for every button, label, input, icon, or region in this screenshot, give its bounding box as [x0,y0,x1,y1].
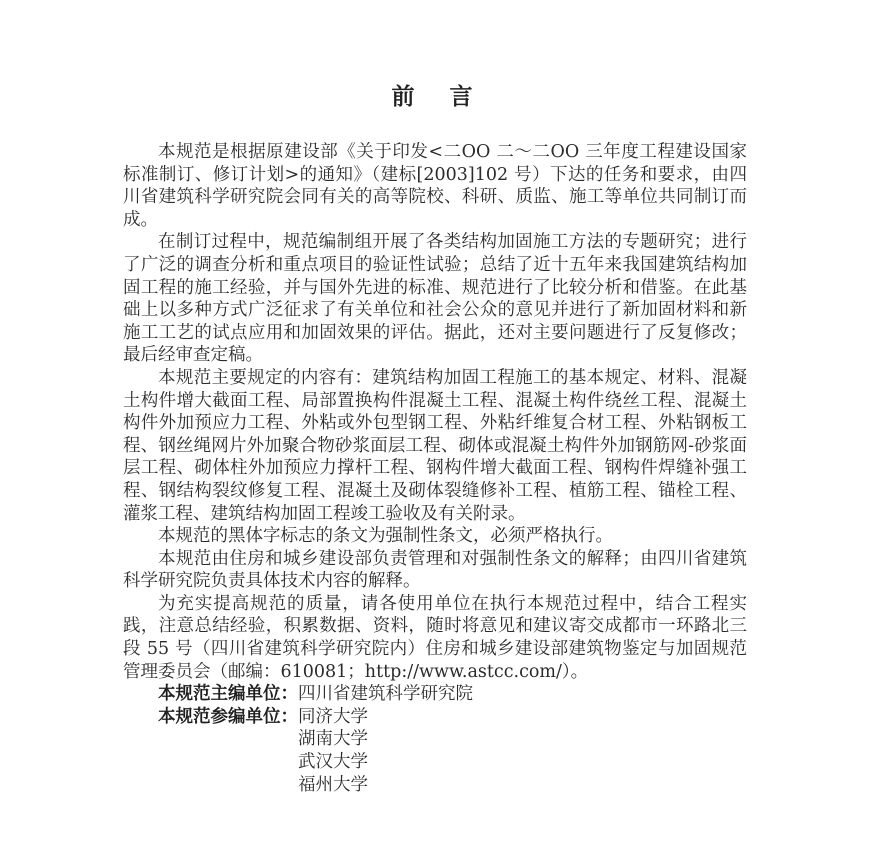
preface-paragraph-6: 为充实提高规范的质量，请各使用单位在执行本规范过程中，结合工程实践，注意总结经验… [123,593,747,683]
document-page: 前 言 本规范是根据原建设部《关于印发<二OO 二～二OO 三年度工程建设国家标… [0,0,870,842]
chief-editor-value: 四川省建筑科学研究院 [298,684,473,704]
chief-editor-line: 本规范主编单位：四川省建筑科学研究院 [123,683,747,706]
preface-body: 本规范是根据原建设部《关于印发<二OO 二～二OO 三年度工程建设国家标准制订、… [123,141,747,683]
participant-university-3: 武汉大学 [123,751,747,774]
preface-paragraph-4: 本规范的黑体字标志的条文为强制性条文，必须严格执行。 [123,525,747,548]
preface-paragraph-5: 本规范由住房和城乡建设部负责管理和对强制性条文的解释；由四川省建筑科学研究院负责… [123,548,747,593]
participant-university-1: 同济大学 [298,707,368,727]
chief-editor-label: 本规范主编单位： [158,684,298,704]
editors-section: 本规范主编单位：四川省建筑科学研究院 本规范参编单位：同济大学 湖南大学 武汉大… [123,683,747,796]
preface-content: 前 言 本规范是根据原建设部《关于印发<二OO 二～二OO 三年度工程建设国家标… [123,78,747,796]
participant-editor-line: 本规范参编单位：同济大学 [123,706,747,729]
page-title: 前 言 [123,78,747,111]
participant-editor-label: 本规范参编单位： [158,707,298,727]
preface-paragraph-3: 本规范主要规定的内容有：建筑结构加固工程施工的基本规定、材料、混凝土构件增大截面… [123,367,747,525]
preface-paragraph-2: 在制订过程中，规范编制组开展了各类结构加固施工方法的专题研究；进行了广泛的调查分… [123,231,747,367]
participant-university-2: 湖南大学 [123,728,747,751]
preface-paragraph-1: 本规范是根据原建设部《关于印发<二OO 二～二OO 三年度工程建设国家标准制订、… [123,141,747,231]
participant-university-4: 福州大学 [123,774,747,797]
